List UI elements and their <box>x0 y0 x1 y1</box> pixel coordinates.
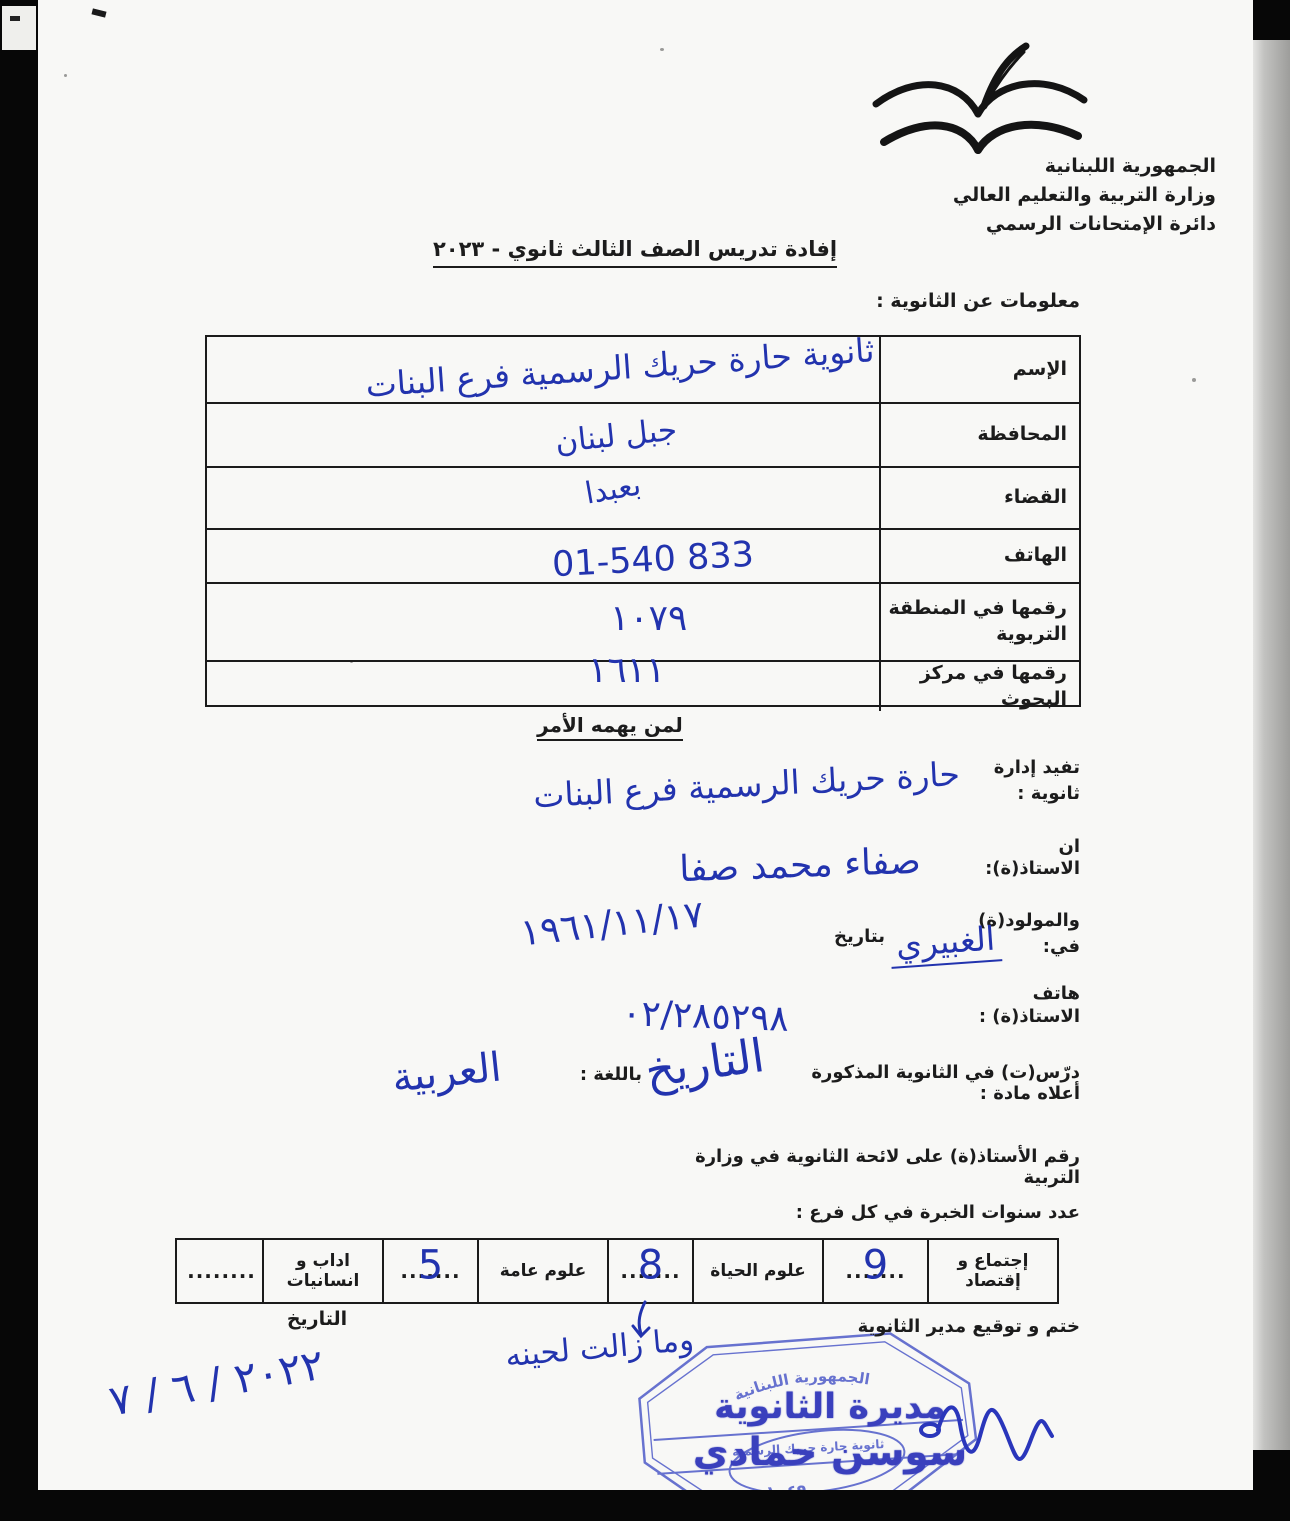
principal-signature <box>918 1392 1068 1484</box>
ministry-open-book-logo <box>868 42 1093 162</box>
stamp-signature-label: ختم و توقيع مدير الثانوية <box>840 1316 1080 1337</box>
taught-subject-label: درّس(ت) في الثانوية المذكورة أعلاه مادة … <box>780 1062 1080 1104</box>
exp-value-literature-humanities: ........ <box>181 1240 262 1302</box>
exp-label-general-sciences: علوم عامة <box>477 1240 607 1302</box>
to-whom-wrap: لمن يهمه الأمر <box>505 713 715 741</box>
birth-date-label: بتاريخ <box>815 926 885 947</box>
to-whom-it-may-concern: لمن يهمه الأمر <box>537 713 683 741</box>
experience-table: إجتماع و إقتصاد ....... 9 علوم الحياة ..… <box>175 1238 1059 1304</box>
ministry-line-ministry: وزارة التربية والتعليم العالي <box>860 181 1216 210</box>
certify-label: تفيد إدارة <box>940 757 1080 778</box>
date-label: التاريخ <box>262 1308 372 1330</box>
document-title-wrap: إفادة تدريس الصف الثالث ثانوي - ٢٠٢٣ <box>430 237 840 268</box>
phone-label-line2: الاستاذ(ة) : <box>960 1006 1080 1027</box>
phone-label-line1: هاتف <box>1030 983 1080 1004</box>
exp-label-text: علوم عامة <box>500 1261 586 1281</box>
ministry-line-department: دائرة الإمتحانات الرسمي <box>860 210 1216 239</box>
row-value-area <box>207 530 879 582</box>
language-label: باللغة : <box>552 1064 642 1085</box>
row-value-area <box>207 662 879 711</box>
scan-corner-bottom-right <box>1253 1450 1290 1521</box>
scan-left-border <box>0 0 38 1521</box>
experience-section-label: عدد سنوات الخبرة في كل فرع : <box>700 1202 1080 1223</box>
exp-label-socio-economics: إجتماع و إقتصاد <box>927 1240 1057 1302</box>
ministry-header: الجمهورية اللبنانية وزارة التربية والتعل… <box>860 152 1216 239</box>
school-field-label: ثانوية : <box>960 783 1080 804</box>
scan-speck <box>1192 378 1196 382</box>
handwritten-years: 5 <box>418 1242 443 1288</box>
exp-value-socio-economics: ....... 9 <box>822 1240 927 1302</box>
scan-corner-top-right <box>1253 0 1290 40</box>
exp-label-text: اداب و انسانيات <box>264 1251 382 1291</box>
scan-speck <box>660 48 664 51</box>
ministry-line-republic: الجمهورية اللبنانية <box>860 152 1216 181</box>
scan-right-border <box>1253 0 1290 1521</box>
row-value-area <box>207 404 879 466</box>
exp-value-general-sciences: ....... 5 <box>382 1240 477 1302</box>
row-value-area <box>207 584 879 660</box>
handwritten-teacher-phone: ٠٢/٢٨٥٢٩٨ <box>621 993 789 1040</box>
row-label-research-center-number: رقمها في مركز البحوث <box>879 662 1079 711</box>
row-label-governorate: المحافظة <box>879 404 1079 466</box>
scan-speck <box>64 74 67 77</box>
scan-notch <box>2 6 36 50</box>
roster-number-label: رقم الأستاذ(ة) على لائحة الثانوية في وزا… <box>640 1146 1080 1188</box>
exp-label-literature-humanities: اداب و انسانيات <box>262 1240 382 1302</box>
scan-mark <box>10 16 20 21</box>
handwritten-research-center-number: ١٦١١ <box>588 650 665 691</box>
exp-value-life-sciences: ....... 8 <box>607 1240 692 1302</box>
exp-label-text: إجتماع و إقتصاد <box>929 1251 1057 1291</box>
handwritten-years: 8 <box>638 1242 663 1288</box>
dotted-line: ........ <box>187 1259 256 1283</box>
handwritten-edu-district-number: ١٠٧٩ <box>610 598 687 639</box>
teacher-field-label: الاستاذ(ة): <box>970 858 1080 879</box>
document-title: إفادة تدريس الصف الثالث ثانوي - ٢٠٢٣ <box>433 237 837 268</box>
row-label-district: القضاء <box>879 468 1079 528</box>
row-label-phone: الهاتف <box>879 530 1079 582</box>
row-label-edu-district-number: رقمها في المنطقة التربوية <box>879 584 1079 660</box>
handwritten-years: 9 <box>863 1242 888 1288</box>
school-info-section-label: معلومات عن الثانوية : <box>840 290 1080 312</box>
exp-label-life-sciences: علوم الحياة <box>692 1240 822 1302</box>
that-label: ان <box>1040 836 1080 857</box>
row-value-area <box>207 468 879 528</box>
scan-bottom-border <box>0 1490 1290 1521</box>
handwritten-birthplace: الغبيري <box>889 918 1003 969</box>
born-in-label: في: <box>1040 936 1080 957</box>
exp-label-text: علوم الحياة <box>710 1261 805 1281</box>
handwritten-arrow-down-icon <box>628 1300 656 1342</box>
